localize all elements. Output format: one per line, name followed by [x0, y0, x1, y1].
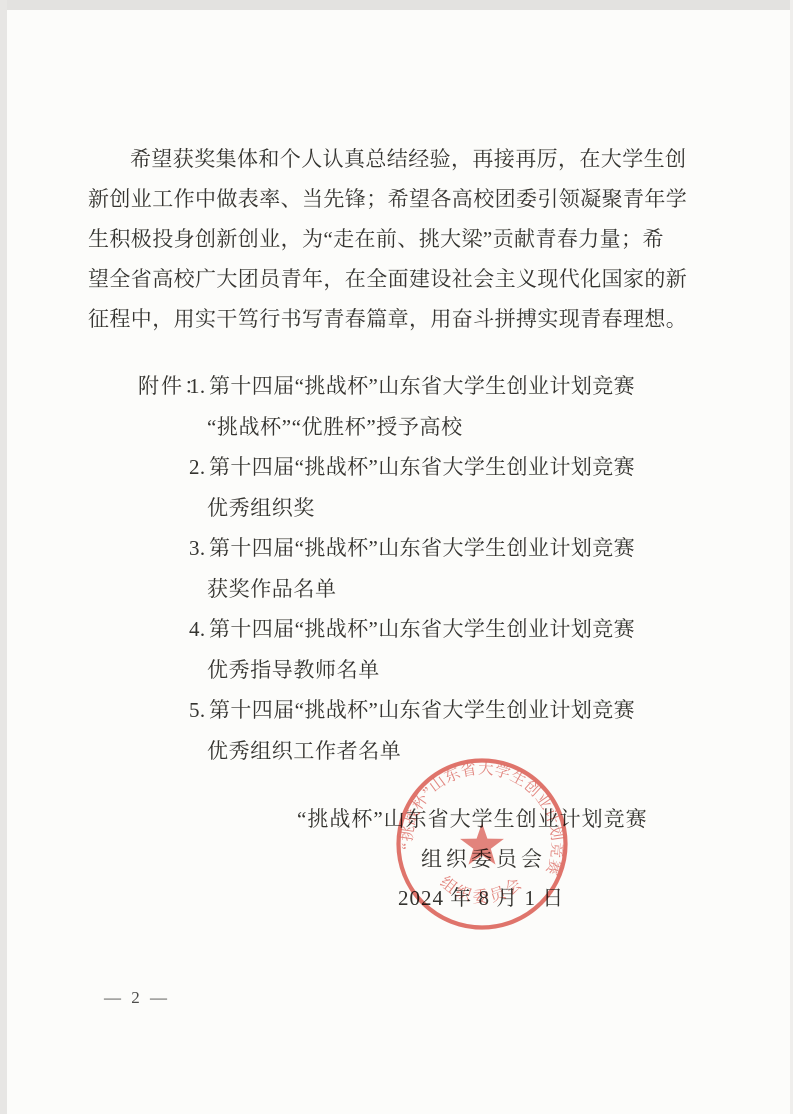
attachment-number: 3. — [189, 528, 209, 569]
paragraph-line: 征程中，用实干笃行书写青春篇章，用奋斗拼搏实现青春理想。 — [88, 299, 684, 339]
paragraph-line: 生积极投身创新创业，为“走在前、挑大梁”贡献青春力量；希 — [88, 219, 684, 259]
scan-edge-left — [0, 0, 7, 1114]
scan-edge-top — [0, 0, 793, 10]
page-number: — 2 — — [104, 988, 170, 1008]
attachment-title-continued: 获奖作品名单 — [189, 569, 635, 610]
seal-bottom-text: 组织委员会 — [437, 873, 528, 906]
paragraph-line: 新创业工作中做表率、当先锋；希望各高校团委引领凝聚青年学 — [88, 179, 684, 219]
svg-text:组织委员会: 组织委员会 — [437, 873, 528, 906]
paragraph-line: 希望获奖集体和个人认真总结经验，再接再厉，在大学生创 — [88, 139, 684, 179]
attachment-number: 5. — [189, 690, 209, 731]
attachment-item: 3.第十四届“挑战杯”山东省大学生创业计划竞赛 获奖作品名单 — [189, 528, 635, 609]
attachment-number: 4. — [189, 609, 209, 650]
attachments-section: 附件： 1.第十四届“挑战杯”山东省大学生创业计划竞赛 “挑战杯”“优胜杯”授予… — [138, 366, 635, 771]
body-paragraph: 希望获奖集体和个人认真总结经验，再接再厉，在大学生创 新创业工作中做表率、当先锋… — [88, 139, 684, 339]
attachment-title: 第十四届“挑战杯”山东省大学生创业计划竞赛 — [209, 536, 635, 560]
attachment-title: 第十四届“挑战杯”山东省大学生创业计划竞赛 — [209, 374, 635, 398]
attachment-title: 第十四届“挑战杯”山东省大学生创业计划竞赛 — [209, 617, 635, 641]
attachment-item: 2.第十四届“挑战杯”山东省大学生创业计划竞赛 优秀组织奖 — [189, 447, 635, 528]
attachment-item: 1.第十四届“挑战杯”山东省大学生创业计划竞赛 “挑战杯”“优胜杯”授予高校 — [189, 366, 635, 447]
seal-star-icon — [460, 823, 504, 865]
paragraph-line: 望全省高校广大团员青年，在全面建设社会主义现代化国家的新 — [88, 259, 684, 299]
attachment-title: 第十四届“挑战杯”山东省大学生创业计划竞赛 — [209, 455, 635, 479]
attachments-list: 1.第十四届“挑战杯”山东省大学生创业计划竞赛 “挑战杯”“优胜杯”授予高校 2… — [189, 366, 635, 771]
attachment-title-continued: 优秀组织奖 — [189, 488, 635, 529]
attachment-title: 第十四届“挑战杯”山东省大学生创业计划竞赛 — [209, 698, 635, 722]
seal-ring-text: “挑战杯”山东省大学生创业计划竞赛 — [398, 760, 567, 878]
attachment-item: 4.第十四届“挑战杯”山东省大学生创业计划竞赛 优秀指导教师名单 — [189, 609, 635, 690]
official-seal: “挑战杯”山东省大学生创业计划竞赛 组织委员会 — [394, 756, 570, 932]
attachments-label: 附件： — [138, 366, 207, 407]
svg-text:“挑战杯”山东省大学生创业计划竞赛: “挑战杯”山东省大学生创业计划竞赛 — [398, 760, 567, 878]
attachment-title-continued: 优秀指导教师名单 — [189, 650, 635, 691]
attachment-title-continued: “挑战杯”“优胜杯”授予高校 — [189, 407, 635, 448]
attachment-number: 2. — [189, 447, 209, 488]
document-page: 希望获奖集体和个人认真总结经验，再接再厉，在大学生创 新创业工作中做表率、当先锋… — [0, 0, 793, 1114]
